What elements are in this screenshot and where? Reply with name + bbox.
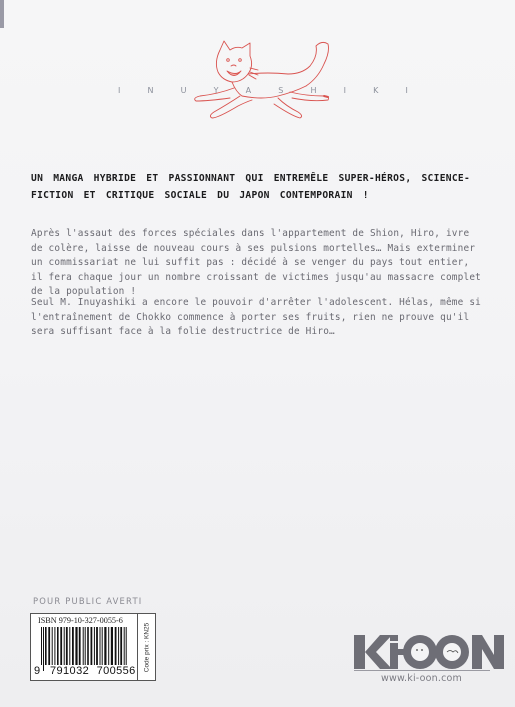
tagline: Un manga hybride et passionnant qui entr… xyxy=(31,170,501,204)
running-dog-icon xyxy=(178,38,338,120)
series-title-letter: I xyxy=(118,86,120,95)
spine-edge xyxy=(0,0,4,28)
series-title-letter: N xyxy=(148,86,154,95)
series-title-letter: I xyxy=(344,86,346,95)
book-back-cover: INUYASHIKI Un manga hybride et passionna… xyxy=(0,0,515,707)
ean-number: 9 791032 700556 xyxy=(33,665,137,677)
synopsis-paragraph: Seul M. Inuyashiki a encore le pouvoir d… xyxy=(31,296,486,340)
age-rating: Pour public averti xyxy=(33,596,142,606)
series-title-letter: S xyxy=(278,86,283,95)
series-title-letter: I xyxy=(406,86,408,95)
series-title-letter: H xyxy=(311,86,317,95)
isbn-text: ISBN 979-10-327-0055-6 xyxy=(38,616,123,625)
series-title-letter: K xyxy=(373,86,378,95)
publisher-url[interactable]: www.ki-oon.com xyxy=(381,673,462,684)
isbn-barcode: ISBN 979-10-327-0055-6 9 791032 700556 C… xyxy=(30,613,156,681)
publisher-underline xyxy=(354,670,490,671)
series-title-letter: U xyxy=(181,86,187,95)
series-title-letter: A xyxy=(246,86,251,95)
synopsis-paragraph: Après l'assaut des forces spéciales dans… xyxy=(31,227,486,300)
price-code: Code prix : KN25 xyxy=(137,614,155,680)
series-title: INUYASHIKI xyxy=(118,86,408,95)
series-title-letter: Y xyxy=(214,86,219,95)
